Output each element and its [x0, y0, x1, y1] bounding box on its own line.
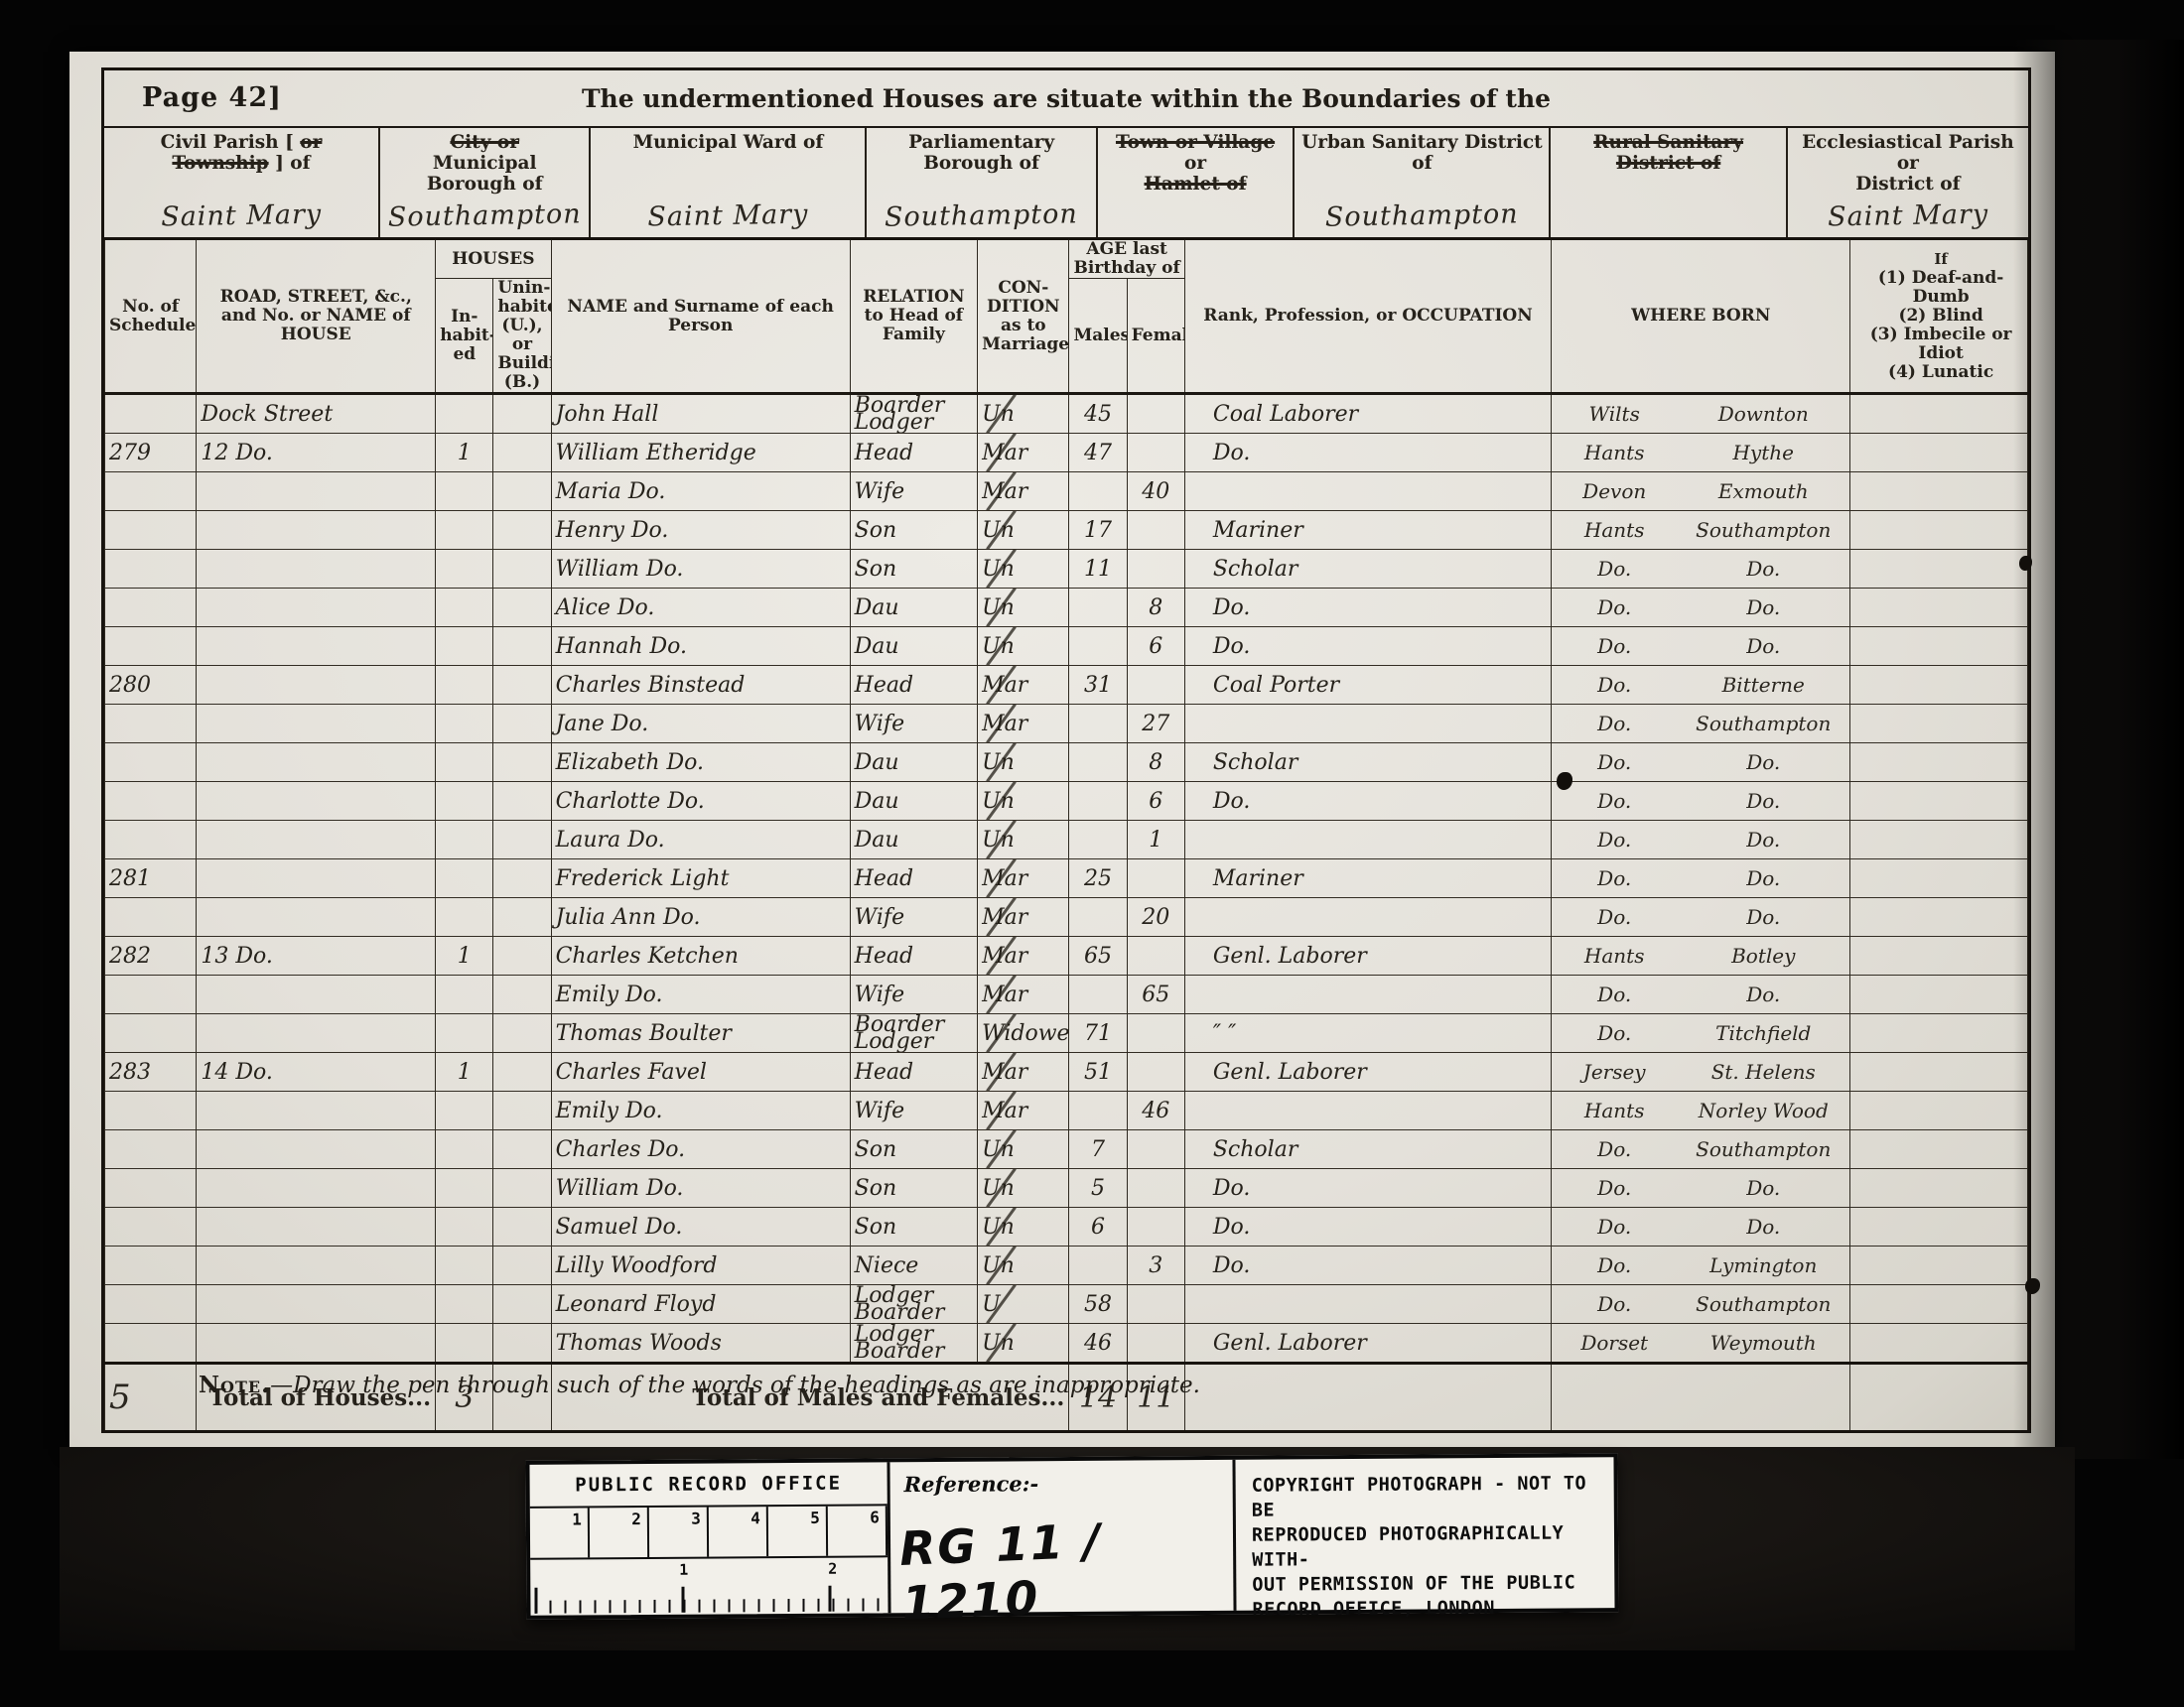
cell-schedule: [105, 743, 197, 782]
cell-age-f: 20: [1127, 898, 1184, 937]
born-county: Hants: [1552, 441, 1677, 464]
cell-name: Lilly Woodford: [551, 1247, 850, 1285]
cell-schedule: [105, 898, 197, 937]
cell-occupation: [1184, 976, 1551, 1014]
born-county: Do.: [1552, 1176, 1677, 1200]
cell-where-born: Do.Do.: [1552, 976, 1850, 1014]
cell-condition: Mar: [978, 859, 1069, 898]
cell-uninhabited: [493, 666, 551, 705]
cell-road: [197, 821, 436, 859]
cell-age-m: 6: [1069, 1208, 1127, 1247]
cell-age-f: 46: [1127, 1092, 1184, 1130]
cell-where-born: HantsHythe: [1552, 434, 1850, 472]
cell-infirmity: [1850, 434, 2028, 472]
cell-name: Charles Ketchen: [551, 937, 850, 976]
born-place: Bitterne: [1677, 673, 1849, 697]
born-place: Exmouth: [1677, 479, 1849, 503]
born-place: Do.: [1677, 1215, 1849, 1239]
born-place: Southampton: [1677, 712, 1849, 735]
cell-inhabited: [436, 976, 493, 1014]
ruler-cm-number: 4: [709, 1507, 768, 1556]
cell-condition: Un: [978, 1208, 1069, 1247]
census-record-row: 28213 Do.1Charles KetchenHeadMar65Genl. …: [105, 937, 2028, 976]
census-record-row: Emily Do.WifeMar46HantsNorley Wood: [105, 1092, 2028, 1130]
district-column: Urban Sanitary District of Southampton: [1295, 128, 1551, 237]
cell-age-f: [1127, 666, 1184, 705]
cell-age-m: 5: [1069, 1169, 1127, 1208]
form-title: The undermentioned Houses are situate wi…: [104, 84, 2028, 113]
cell-occupation: Scholar: [1184, 550, 1551, 589]
cell-uninhabited: [493, 627, 551, 666]
cell-name: Emily Do.: [551, 1092, 850, 1130]
born-place: Do.: [1677, 634, 1849, 658]
cell-age-f: [1127, 1053, 1184, 1092]
cell-name: Samuel Do.: [551, 1208, 850, 1247]
cell-relation: Head: [850, 1053, 977, 1092]
cell-infirmity: [1850, 666, 2028, 705]
born-place: Do.: [1677, 557, 1849, 581]
cell-inhabited: [436, 550, 493, 589]
cell-where-born: Do.Titchfield: [1552, 1014, 1850, 1053]
cell-schedule: [105, 782, 197, 821]
cell-infirmity: [1850, 1053, 2028, 1092]
born-county: Do.: [1552, 1253, 1677, 1277]
form-titlebar: Page 42] The undermentioned Houses are s…: [104, 70, 2028, 128]
cell-occupation: Do.: [1184, 627, 1551, 666]
district-column-value: Southampton: [867, 172, 1096, 237]
enumerator-tick: [986, 743, 1017, 782]
cell-age-m: 11: [1069, 550, 1127, 589]
cell-uninhabited: [493, 705, 551, 743]
cell-inhabited: 1: [436, 937, 493, 976]
enumerator-tick: [986, 1130, 1017, 1169]
cell-condition: Mar: [978, 1053, 1069, 1092]
cell-relation: Head: [850, 859, 977, 898]
cell-occupation: Do.: [1184, 1247, 1551, 1285]
cell-name: Charles Binstead: [551, 666, 850, 705]
cell-condition: Un: [978, 511, 1069, 550]
cell-name: Maria Do.: [551, 472, 850, 511]
cell-road: 13 Do.: [197, 937, 436, 976]
enumerator-tick: [986, 472, 1017, 511]
cell-occupation: Scholar: [1184, 1130, 1551, 1169]
cell-infirmity: [1850, 705, 2028, 743]
cell-inhabited: 1: [436, 434, 493, 472]
born-county: Do.: [1552, 1215, 1677, 1239]
cell-road: [197, 782, 436, 821]
cell-age-f: [1127, 1285, 1184, 1324]
cell-occupation: Coal Porter: [1184, 666, 1551, 705]
cell-road: [197, 550, 436, 589]
cell-condition: Mar: [978, 976, 1069, 1014]
cell-occupation: Mariner: [1184, 859, 1551, 898]
cell-road: [197, 1324, 436, 1364]
cell-uninhabited: [493, 1247, 551, 1285]
born-place: Do.: [1677, 595, 1849, 619]
cell-road: [197, 666, 436, 705]
cell-name: William Do.: [551, 1169, 850, 1208]
enumerator-tick: [986, 434, 1017, 472]
cell-age-f: 6: [1127, 782, 1184, 821]
cell-relation: Dau: [850, 627, 977, 666]
cell-occupation: Genl. Laborer: [1184, 937, 1551, 976]
cell-road: [197, 1247, 436, 1285]
cell-relation: Dau: [850, 782, 977, 821]
copyright-line: REPRODUCED PHOTOGRAPHICALLY WITH-: [1252, 1520, 1614, 1573]
header-condition: CON-DITION as to Marriage: [978, 240, 1069, 394]
cell-condition: Un: [978, 394, 1069, 434]
infirmity-list: (1) Deaf-and-Dumb(2) Blind(3) Imbecile o…: [1858, 269, 2023, 382]
census-record-row: Samuel Do.SonUn6Do.Do.Do.: [105, 1208, 2028, 1247]
district-column-label: Rural Sanitary District of: [1551, 128, 1785, 174]
cell-age-m: 17: [1069, 511, 1127, 550]
infirmity-item: (2) Blind: [1858, 307, 2023, 326]
cell-where-born: Do.Lymington: [1552, 1247, 1850, 1285]
cell-age-f: [1127, 1169, 1184, 1208]
cell-inhabited: [436, 859, 493, 898]
born-place: Do.: [1677, 828, 1849, 852]
cell-where-born: Do.Bitterne: [1552, 666, 1850, 705]
census-record-row: Emily Do.WifeMar65Do.Do.: [105, 976, 2028, 1014]
header-occupation: Rank, Profession, or OCCUPATION: [1184, 240, 1551, 394]
ruler-cm-number: 5: [768, 1507, 828, 1556]
cell-condition: Un: [978, 589, 1069, 627]
census-record-row: Thomas BoulterBoarder LodgerWidower71″ ″…: [105, 1014, 2028, 1053]
born-place: Botley: [1677, 944, 1849, 968]
born-place: Downton: [1677, 402, 1849, 426]
cell-age-f: [1127, 394, 1184, 434]
cell-road: 12 Do.: [197, 434, 436, 472]
cell-condition: Un: [978, 627, 1069, 666]
district-column-label: Civil Parish [ or Township ] of: [104, 128, 378, 174]
district-column: Parliamentary Borough of Southampton: [867, 128, 1097, 237]
cell-road: [197, 1130, 436, 1169]
enumerator-tick: [986, 627, 1017, 666]
cell-infirmity: [1850, 1285, 2028, 1324]
census-record-row: Laura Do.DauUn1Do.Do.: [105, 821, 2028, 859]
cell-infirmity: [1850, 1014, 2028, 1053]
cell-where-born: DorsetWeymouth: [1552, 1324, 1850, 1364]
census-form: Page 42] The undermentioned Houses are s…: [101, 67, 2031, 1433]
district-column-label: Town or Village or Hamlet of: [1098, 128, 1294, 195]
district-column: Rural Sanitary District of: [1551, 128, 1787, 237]
cell-infirmity: [1850, 550, 2028, 589]
cell-occupation: Do.: [1184, 589, 1551, 627]
cell-uninhabited: [493, 1130, 551, 1169]
born-county: Jersey: [1552, 1060, 1677, 1084]
copyright-line: COPYRIGHT PHOTOGRAPH - NOT TO BE: [1252, 1471, 1614, 1523]
cell-name: John Hall: [551, 394, 850, 434]
district-column-value: Southampton: [1295, 172, 1550, 237]
district-column-value: Saint Mary: [104, 172, 379, 237]
census-record-row: Julia Ann Do.WifeMar20Do.Do.: [105, 898, 2028, 937]
cell-name: Elizabeth Do.: [551, 743, 850, 782]
cell-uninhabited: [493, 589, 551, 627]
ruler-cm-number: 6: [828, 1506, 887, 1555]
cell-condition: Un: [978, 782, 1069, 821]
cell-condition: Mar: [978, 898, 1069, 937]
cell-condition: Mar: [978, 434, 1069, 472]
cell-age-m: 45: [1069, 394, 1127, 434]
cell-infirmity: [1850, 472, 2028, 511]
born-county: Do.: [1552, 634, 1677, 658]
ruler-centimeters: 123456: [530, 1506, 887, 1560]
cell-road: [197, 705, 436, 743]
census-record-row: Dock StreetJohn HallBoarder LodgerUn45Co…: [105, 394, 2028, 434]
cell-name: Jane Do.: [551, 705, 850, 743]
born-county: Do.: [1552, 1021, 1677, 1045]
cell-road: [197, 1285, 436, 1324]
cell-occupation: Genl. Laborer: [1184, 1053, 1551, 1092]
cell-where-born: Do.Do.: [1552, 589, 1850, 627]
enumerator-tick: [986, 782, 1017, 821]
born-county: Dorset: [1552, 1331, 1677, 1355]
cell-uninhabited: [493, 743, 551, 782]
cell-inhabited: [436, 1208, 493, 1247]
cell-age-m: 25: [1069, 859, 1127, 898]
born-county: Wilts: [1552, 402, 1677, 426]
born-county: Do.: [1552, 712, 1677, 735]
footnote-prefix: Note.: [199, 1372, 270, 1398]
enumerator-tick: [986, 1285, 1017, 1324]
cell-age-m: [1069, 976, 1127, 1014]
cell-road: [197, 1014, 436, 1053]
header-males: Males: [1069, 279, 1127, 394]
cell-name: William Do.: [551, 550, 850, 589]
cell-where-born: Do.Southampton: [1552, 1130, 1850, 1169]
enumerator-tick: [986, 666, 1017, 705]
cell-age-f: [1127, 1130, 1184, 1169]
census-photograph: Page 42] The undermentioned Houses are s…: [0, 0, 2184, 1707]
census-record-row: Charles Do.SonUn7ScholarDo.Southampton: [105, 1130, 2028, 1169]
cell-where-born: Do.Do.: [1552, 743, 1850, 782]
census-record-row: Leonard FloydLodger BoarderU58Do.Southam…: [105, 1285, 2028, 1324]
born-county: Do.: [1552, 557, 1677, 581]
cell-age-f: 6: [1127, 627, 1184, 666]
cell-age-m: [1069, 589, 1127, 627]
cell-name: Laura Do.: [551, 821, 850, 859]
cell-age-m: [1069, 1247, 1127, 1285]
header-schedule: No. of Schedule: [105, 240, 197, 394]
census-record-row: 281Frederick LightHeadMar25MarinerDo.Do.: [105, 859, 2028, 898]
born-place: Do.: [1677, 750, 1849, 774]
cell-schedule: [105, 1092, 197, 1130]
totals-schedule-mark: 5: [109, 1378, 131, 1417]
cell-infirmity: [1850, 1208, 2028, 1247]
cell-occupation: [1184, 472, 1551, 511]
cell-inhabited: [436, 1169, 493, 1208]
cell-occupation: Scholar: [1184, 743, 1551, 782]
cell-age-f: 8: [1127, 589, 1184, 627]
cell-occupation: Do.: [1184, 434, 1551, 472]
cell-inhabited: [436, 1014, 493, 1053]
district-column-value: [1098, 193, 1294, 237]
ruler-inches: 1 2: [530, 1557, 887, 1616]
cell-name: Charles Favel: [551, 1053, 850, 1092]
cell-condition: Un: [978, 1130, 1069, 1169]
cell-name: Frederick Light: [551, 859, 850, 898]
cell-inhabited: [436, 666, 493, 705]
cell-age-f: [1127, 859, 1184, 898]
ruler-ticks: [534, 1598, 884, 1613]
cell-condition: Mar: [978, 472, 1069, 511]
cell-inhabited: [436, 472, 493, 511]
cell-schedule: 283: [105, 1053, 197, 1092]
born-county: Do.: [1552, 595, 1677, 619]
pro-ruler-panel: PUBLIC RECORD OFFICE 123456 1 2: [529, 1462, 890, 1616]
district-column-value: Saint Mary: [1788, 193, 2028, 237]
cell-where-born: Do.Do.: [1552, 898, 1850, 937]
enumerator-tick: [986, 511, 1017, 550]
header-infirmity: If (1) Deaf-and-Dumb(2) Blind(3) Imbecil…: [1850, 240, 2028, 394]
born-place: Weymouth: [1677, 1331, 1849, 1355]
cell-schedule: 280: [105, 666, 197, 705]
reference-label: Reference:-: [904, 1471, 1039, 1497]
born-county: Do.: [1552, 789, 1677, 813]
census-records: Dock StreetJohn HallBoarder LodgerUn45Co…: [105, 394, 2028, 1364]
header-relation: RELATION to Head of Family: [850, 240, 977, 394]
enumerator-tick: [986, 1169, 1017, 1208]
cell-schedule: [105, 1324, 197, 1364]
born-place: Southampton: [1677, 1292, 1849, 1316]
enumerator-tick: [986, 1053, 1017, 1092]
born-county: Do.: [1552, 673, 1677, 697]
born-place: Norley Wood: [1677, 1099, 1849, 1122]
cell-relation: Wife: [850, 472, 977, 511]
cell-age-f: 8: [1127, 743, 1184, 782]
cell-infirmity: [1850, 898, 2028, 937]
cell-name: Hannah Do.: [551, 627, 850, 666]
cell-relation: Boarder Lodger: [850, 1014, 977, 1053]
cell-relation: Dau: [850, 743, 977, 782]
census-record-row: 280Charles BinsteadHeadMar31Coal PorterD…: [105, 666, 2028, 705]
census-table: No. of Schedule ROAD, STREET, &c., and N…: [104, 240, 2028, 1430]
cell-inhabited: [436, 1092, 493, 1130]
census-record-row: Henry Do.SonUn17MarinerHantsSouthampton: [105, 511, 2028, 550]
cell-inhabited: [436, 627, 493, 666]
cell-age-f: [1127, 1208, 1184, 1247]
cell-schedule: [105, 472, 197, 511]
cell-name: Thomas Woods: [551, 1324, 850, 1364]
census-record-row: Maria Do.WifeMar40DevonExmouth: [105, 472, 2028, 511]
column-headers: No. of Schedule ROAD, STREET, &c., and N…: [105, 240, 2028, 394]
infirmity-title: If: [1858, 250, 2023, 269]
cell-age-m: 71: [1069, 1014, 1127, 1053]
cell-uninhabited: [493, 511, 551, 550]
cell-inhabited: [436, 743, 493, 782]
header-uninhabited: Unin-habited (U.), or Building (B.): [493, 279, 551, 394]
cell-occupation: [1184, 705, 1551, 743]
cell-inhabited: [436, 821, 493, 859]
cell-occupation: [1184, 1285, 1551, 1324]
cell-age-m: [1069, 1092, 1127, 1130]
cell-infirmity: [1850, 859, 2028, 898]
cell-infirmity: [1850, 782, 2028, 821]
district-column-value: Saint Mary: [591, 151, 866, 237]
census-record-row: Hannah Do.DauUn6Do.Do.Do.: [105, 627, 2028, 666]
cell-occupation: Mariner: [1184, 511, 1551, 550]
cell-age-f: 27: [1127, 705, 1184, 743]
cell-infirmity: [1850, 394, 2028, 434]
born-place: Hythe: [1677, 441, 1849, 464]
census-record-row: Alice Do.DauUn8Do.Do.Do.: [105, 589, 2028, 627]
cell-relation: Son: [850, 1169, 977, 1208]
census-record-row: William Do.SonUn5Do.Do.Do.: [105, 1169, 2028, 1208]
header-age: AGE last Birthday of: [1069, 240, 1184, 279]
cell-schedule: [105, 589, 197, 627]
enumerator-tick: [986, 550, 1017, 589]
cell-schedule: [105, 821, 197, 859]
cell-uninhabited: [493, 976, 551, 1014]
enumerator-tick: [986, 1014, 1017, 1053]
cell-age-f: 40: [1127, 472, 1184, 511]
cell-uninhabited: [493, 1014, 551, 1053]
cell-uninhabited: [493, 550, 551, 589]
cell-relation: Boarder Lodger: [850, 394, 977, 434]
born-place: Do.: [1677, 789, 1849, 813]
cell-inhabited: [436, 1247, 493, 1285]
cell-infirmity: [1850, 1324, 2028, 1364]
infirmity-item: (3) Imbecile or Idiot: [1858, 326, 2023, 363]
cell-where-born: Do.Southampton: [1552, 705, 1850, 743]
cell-relation: Son: [850, 511, 977, 550]
born-county: Devon: [1552, 479, 1677, 503]
cell-infirmity: [1850, 511, 2028, 550]
born-place: Do.: [1677, 1176, 1849, 1200]
district-column-label: City or Municipal Borough of: [380, 128, 589, 195]
cell-uninhabited: [493, 1053, 551, 1092]
district-column: Town or Village or Hamlet of: [1098, 128, 1296, 237]
cell-age-m: 65: [1069, 937, 1127, 976]
cell-road: 14 Do.: [197, 1053, 436, 1092]
cell-where-born: Do.Do.: [1552, 550, 1850, 589]
district-column-label: Urban Sanitary District of: [1295, 128, 1549, 174]
cell-infirmity: [1850, 976, 2028, 1014]
cell-uninhabited: [493, 1169, 551, 1208]
cell-schedule: [105, 550, 197, 589]
cell-inhabited: [436, 589, 493, 627]
district-column-label: Ecclesiastical Parish or District of: [1788, 128, 2028, 195]
cell-uninhabited: [493, 1324, 551, 1364]
cell-age-f: [1127, 1324, 1184, 1364]
header-inhabited: In-habit-ed: [436, 279, 493, 394]
district-column-value: [1551, 172, 1786, 237]
cell-condition: Mar: [978, 937, 1069, 976]
cell-schedule: 282: [105, 937, 197, 976]
reference-number: RG 11 / 1210: [898, 1509, 1235, 1632]
header-houses: HOUSES: [436, 240, 551, 279]
cell-relation: Head: [850, 937, 977, 976]
district-column: Ecclesiastical Parish or District of Sai…: [1788, 128, 2028, 237]
cell-uninhabited: [493, 1285, 551, 1324]
cell-age-m: [1069, 472, 1127, 511]
cell-schedule: [105, 1208, 197, 1247]
cell-where-born: HantsBotley: [1552, 937, 1850, 976]
pro-reference-strip: PUBLIC RECORD OFFICE 123456 1 2 Referenc…: [525, 1453, 1618, 1620]
born-county: Do.: [1552, 828, 1677, 852]
cell-inhabited: [436, 394, 493, 434]
cell-road: [197, 627, 436, 666]
reference-panel: Reference:- RG 11 / 1210: [889, 1460, 1236, 1613]
cell-where-born: Do.Do.: [1552, 821, 1850, 859]
cell-age-f: 3: [1127, 1247, 1184, 1285]
district-column: Municipal Ward of Saint Mary: [591, 128, 867, 237]
cell-schedule: [105, 1014, 197, 1053]
cell-occupation: Do.: [1184, 1208, 1551, 1247]
cell-relation: Son: [850, 1208, 977, 1247]
cell-road: [197, 743, 436, 782]
cell-schedule: [105, 705, 197, 743]
